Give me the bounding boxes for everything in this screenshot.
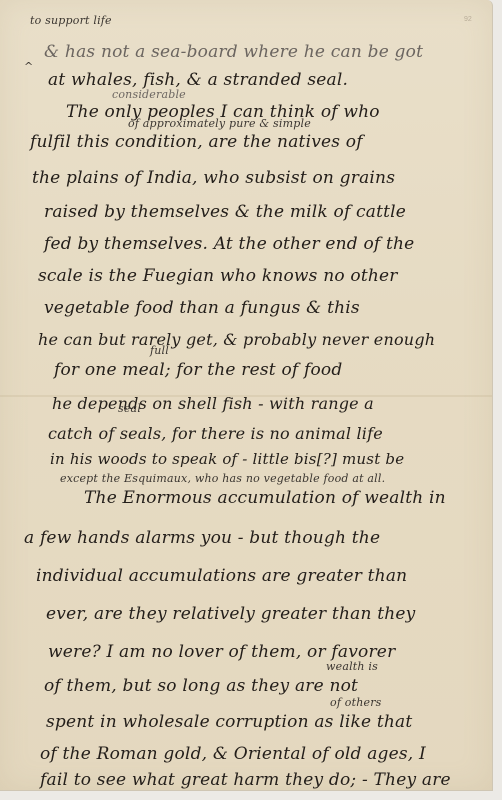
marginal-insertion: to support life	[30, 14, 112, 27]
manuscript-line: individual accumulations are greater tha…	[36, 566, 407, 586]
folio-number: 92	[464, 16, 472, 23]
manuscript-line: the plains of India, who subsist on grai…	[32, 168, 395, 188]
manuscript-page: 92 to support life & has not a sea-board…	[0, 0, 493, 791]
interlinear-insertion: considerable	[112, 88, 186, 101]
manuscript-line: scale is the Fuegian who knows no other	[38, 266, 398, 286]
manuscript-line: The Enormous accumulation of wealth in	[84, 488, 446, 508]
manuscript-line: vegetable food than a fungus & this	[44, 298, 360, 318]
interlinear-insertion: of others	[330, 696, 382, 709]
manuscript-line: fail to see what great harm they do; - T…	[40, 770, 451, 790]
interlinear-insertion: full	[150, 344, 169, 357]
interlinear-insertion: wealth is	[326, 660, 378, 673]
manuscript-line: catch of seals, for there is no animal l…	[48, 424, 383, 443]
manuscript-line: of the Roman gold, & Oriental of old age…	[40, 744, 426, 764]
manuscript-line: in his woods to speak of - little bis[?]…	[50, 450, 404, 468]
manuscript-line: at whales, fish, & a stranded seal.	[48, 70, 348, 90]
manuscript-line: fulfil this condition, are the natives o…	[30, 132, 363, 152]
manuscript-line: he can but rarely get, & probably never …	[38, 330, 435, 349]
manuscript-line: raised by themselves & the milk of cattl…	[44, 202, 406, 222]
manuscript-line: fed by themselves. At the other end of t…	[44, 234, 414, 254]
manuscript-line: a few hands alarms you - but though the	[24, 528, 380, 548]
manuscript-line: of them, but so long as they are not	[44, 676, 358, 696]
manuscript-line: ever, are they relatively greater than t…	[46, 604, 415, 624]
manuscript-line: & has not a sea-board where he can be go…	[44, 42, 423, 62]
manuscript-line: for one meal; for the rest of food	[54, 360, 342, 380]
manuscript-line: were? I am no lover of them, or favorer	[48, 642, 395, 662]
interlinear-insertion: except the Esquimaux, who has no vegetab…	[60, 472, 385, 485]
caret-mark: ^	[24, 60, 33, 73]
interlinear-insertion: of approximately pure & simple	[128, 117, 311, 130]
manuscript-line: he depends on shell fish - with range a	[52, 394, 374, 413]
interlinear-insertion: seal	[118, 402, 141, 415]
manuscript-line: spent in wholesale corruption as like th…	[46, 712, 412, 732]
